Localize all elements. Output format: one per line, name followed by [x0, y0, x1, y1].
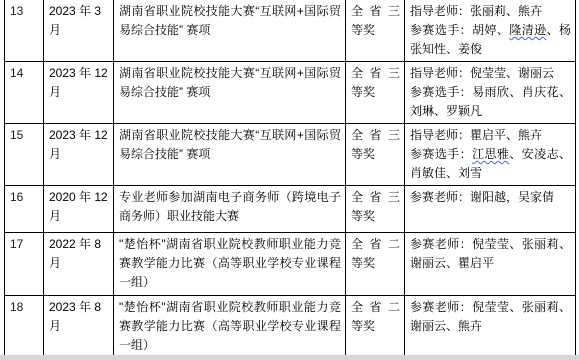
row-number-cell: 16: [5, 186, 44, 233]
teachers-text: 指导老师：张丽莉、熊卉: [410, 4, 542, 18]
table-row: 132023 年 3 月湖南省职业院校技能大赛“互联网+国际贸易综合技能” 赛项…: [5, 0, 576, 62]
teachers-cell: 参赛老师：谢阳越，吴家倩: [405, 186, 576, 233]
competition-cell: "楚怡杯"湖南省职业院校教师职业能力竞赛教学能力比赛（高等职业学校专业课程一组）: [114, 233, 346, 296]
teachers-paragraph: 参赛选手：江思雅、安凌志、肖敏佳、刘雪: [410, 145, 571, 183]
award-line: 等奖: [351, 145, 400, 164]
award-cell: 全 省 三等奖: [346, 62, 405, 124]
teachers-cell: 参赛老师：倪莹莹、张丽莉、谢丽云、熊卉: [405, 296, 576, 358]
award-cell: 全 省 二等奖: [346, 296, 405, 358]
teachers-paragraph: 参赛选手：易雨欣、肖庆花、刘琳、罗颖凡: [410, 83, 571, 121]
date-cell: 2023 年 12 月: [44, 62, 114, 124]
spellcheck-word: 江思雅: [472, 147, 509, 161]
teachers-paragraph: 参赛老师：谢阳越，吴家倩: [410, 188, 571, 207]
table-row: 162020 年 12 月专业老师参加湖南电子商务师（跨境电子商务师）职业技能大…: [5, 186, 576, 233]
teachers-text: 参赛选手：易雨欣、肖庆花、刘琳、罗颖凡: [410, 85, 571, 118]
teachers-text: 指导老师：瞿启平、熊卉: [410, 128, 542, 142]
teachers-text: 参赛老师：倪莹莹、张丽莉、谢丽云、瞿启平: [410, 237, 571, 270]
date-cell: 2020 年 12 月: [44, 186, 114, 233]
award-line: 等奖: [351, 254, 400, 273]
award-cell: 全 省 三等奖: [346, 186, 405, 233]
table-row: 172022 年 8 月"楚怡杯"湖南省职业院校教师职业能力竞赛教学能力比赛（高…: [5, 233, 576, 296]
row-number-cell: 13: [5, 0, 44, 62]
table-row: 142023 年 12 月湖南省职业院校技能大赛“互联网+国际贸易综合技能” 赛…: [5, 62, 576, 124]
award-cell: 全 省 二等奖: [346, 233, 405, 296]
award-cell: 全 省 三等奖: [346, 0, 405, 62]
award-line: 全 省 三: [351, 188, 400, 207]
award-line: 等奖: [351, 21, 400, 40]
document-page: 132023 年 3 月湖南省职业院校技能大赛“互联网+国际贸易综合技能” 赛项…: [0, 0, 579, 360]
award-line: 全 省 二: [351, 235, 400, 254]
row-number-cell: 14: [5, 62, 44, 124]
award-line: 全 省 二: [351, 298, 400, 317]
teachers-cell: 参赛老师：倪莹莹、张丽莉、谢丽云、瞿启平: [405, 233, 576, 296]
teachers-cell: 指导老师：瞿启平、熊卉参赛选手：江思雅、安凌志、肖敏佳、刘雪: [405, 124, 576, 186]
date-cell: 2022 年 8 月: [44, 233, 114, 296]
competition-cell: 湖南省职业院校技能大赛“互联网+国际贸易综合技能” 赛项: [114, 0, 346, 62]
award-line: 全 省 三: [351, 64, 400, 83]
row-number-cell: 18: [5, 296, 44, 358]
date-cell: 2023 年 12 月: [44, 124, 114, 186]
competition-cell: 专业老师参加湖南电子商务师（跨境电子商务师）职业技能大赛: [114, 186, 346, 233]
row-number-cell: 17: [5, 233, 44, 296]
award-line: 等奖: [351, 207, 400, 226]
teachers-text: 参赛老师：倪莹莹、张丽莉、谢丽云、熊卉: [410, 300, 571, 333]
teachers-paragraph: 指导老师：倪莹莹、谢丽云: [410, 64, 571, 83]
teachers-paragraph: 参赛老师：倪莹莹、张丽莉、谢丽云、熊卉: [410, 298, 571, 336]
teachers-cell: 指导老师：倪莹莹、谢丽云参赛选手：易雨欣、肖庆花、刘琳、罗颖凡: [405, 62, 576, 124]
page-bottom-edge: [0, 355, 579, 360]
spellcheck-word: 隆清逊: [509, 23, 546, 37]
date-cell: 2023 年 8 月: [44, 296, 114, 358]
teachers-text: 指导老师：倪莹莹、谢丽云: [410, 66, 554, 80]
teachers-text: 参赛老师：谢阳越，吴家倩: [410, 190, 554, 204]
date-cell: 2023 年 3 月: [44, 0, 114, 62]
table-row: 152023 年 12 月湖南省职业院校技能大赛“互联网+国际贸易综合技能” 赛…: [5, 124, 576, 186]
award-line: 等奖: [351, 83, 400, 102]
award-cell: 全 省 三等奖: [346, 124, 405, 186]
awards-table: 132023 年 3 月湖南省职业院校技能大赛“互联网+国际贸易综合技能” 赛项…: [4, 0, 576, 358]
award-line: 全 省 三: [351, 2, 400, 21]
awards-table-body: 132023 年 3 月湖南省职业院校技能大赛“互联网+国际贸易综合技能” 赛项…: [5, 0, 576, 358]
competition-cell: "楚怡杯"湖南省职业院校教师职业能力竞赛教学能力比赛（高等职业学校专业课程一组）: [114, 296, 346, 358]
competition-cell: 湖南省职业院校技能大赛“互联网+国际贸易综合技能” 赛项: [114, 124, 346, 186]
teachers-cell: 指导老师：张丽莉、熊卉参赛选手：胡婷、隆清逊、杨张知性、姜俊: [405, 0, 576, 62]
teachers-text: 参赛选手：胡婷、: [410, 23, 509, 37]
table-row: 182023 年 8 月"楚怡杯"湖南省职业院校教师职业能力竞赛教学能力比赛（高…: [5, 296, 576, 358]
teachers-paragraph: 指导老师：瞿启平、熊卉: [410, 126, 571, 145]
teachers-paragraph: 参赛老师：倪莹莹、张丽莉、谢丽云、瞿启平: [410, 235, 571, 273]
teachers-paragraph: 指导老师：张丽莉、熊卉: [410, 2, 571, 21]
competition-cell: 湖南省职业院校技能大赛“互联网+国际贸易综合技能” 赛项: [114, 62, 346, 124]
teachers-text: 参赛选手：: [410, 147, 472, 161]
teachers-paragraph: 参赛选手：胡婷、隆清逊、杨张知性、姜俊: [410, 21, 571, 59]
award-line: 全 省 三: [351, 126, 400, 145]
row-number-cell: 15: [5, 124, 44, 186]
award-line: 等奖: [351, 317, 400, 336]
